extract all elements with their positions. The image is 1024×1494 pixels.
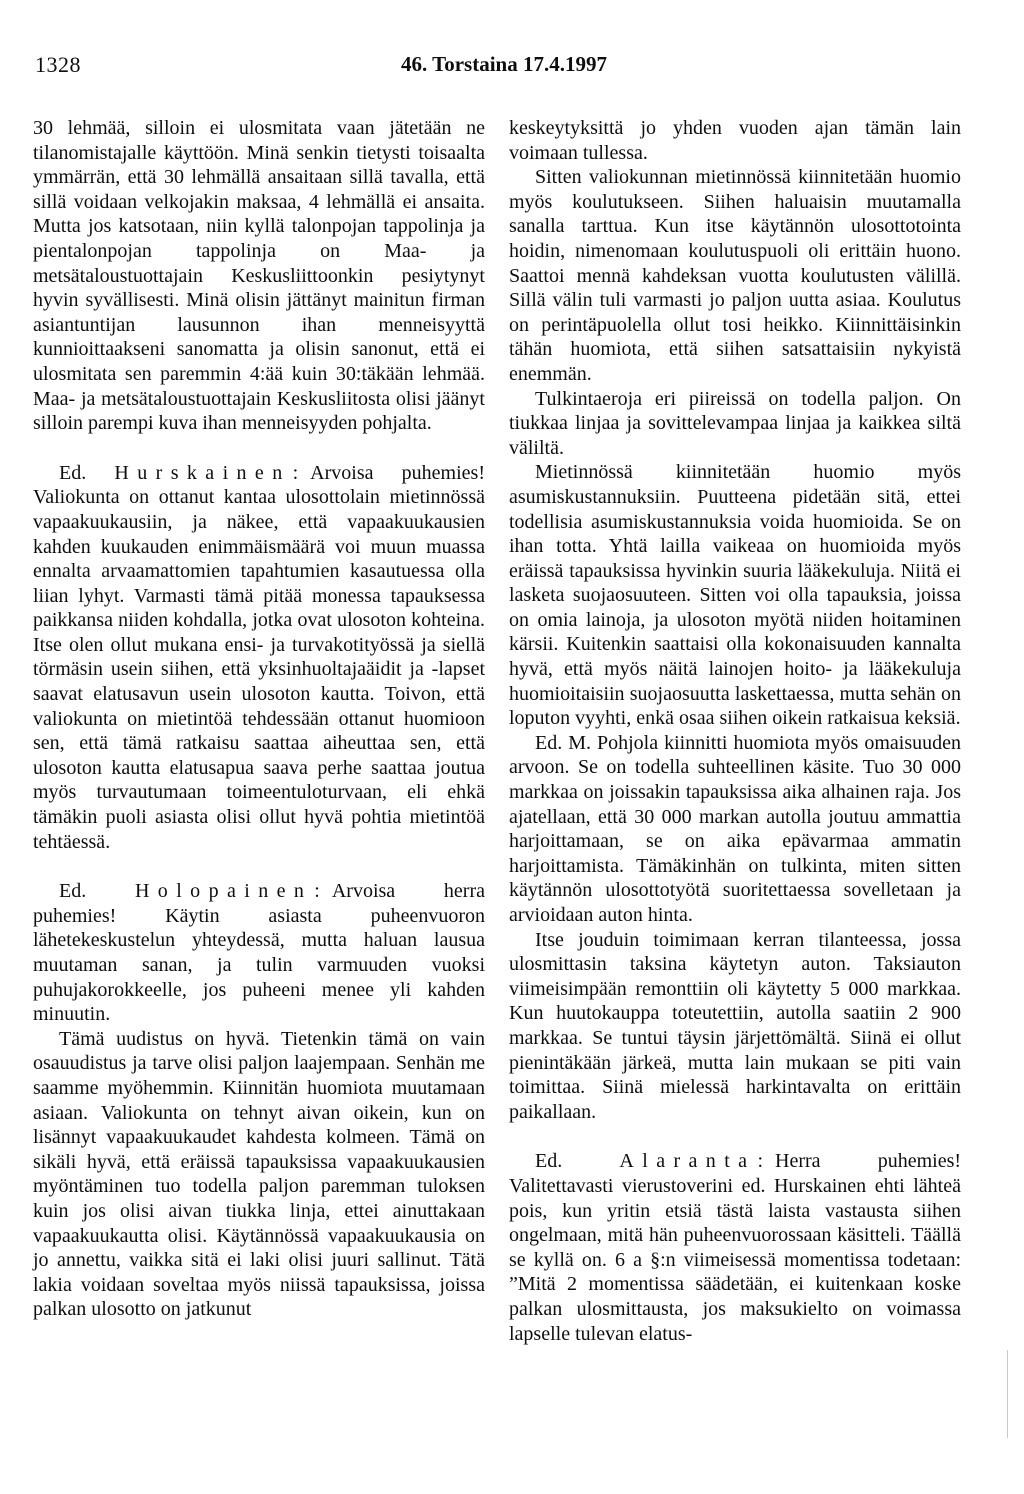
paragraph: Sitten valiokunnan mietinnössä kiinnitet… (509, 165, 961, 386)
paragraph-text: Sitten valiokunnan mietinnössä kiinnitet… (509, 166, 961, 385)
speaker-prefix: Ed. (59, 462, 86, 484)
speech-paragraph: Ed. Hurskainen:Arvoisa puhemies! Valioku… (33, 461, 485, 855)
paragraph-text: keskeytyksittä jo yhden vuoden ajan tämä… (509, 117, 961, 164)
speaker-colon: : (314, 880, 320, 902)
paragraph-text: Herra puhemies! Valitettavasti vierustov… (509, 1150, 961, 1344)
speaker-colon: : (293, 462, 299, 484)
paragraph: 30 lehmää, silloin ei ulosmitata vaan jä… (33, 116, 485, 436)
paragraph-text: Ed. M. Pohjola kiinnitti huomiota myös o… (509, 732, 961, 926)
speaker-name: Alaranta (619, 1150, 755, 1172)
paragraph-text: Mietinnössä kiinnitetään huomio myös asu… (509, 461, 961, 729)
speech-paragraph: Ed. Alaranta:Herra puhemies! Valitettava… (509, 1149, 961, 1346)
paragraph-text: Arvoisa puhemies! Valiokunta on ottanut … (33, 462, 485, 853)
paragraph-text: 30 lehmää, silloin ei ulosmitata vaan jä… (33, 117, 485, 434)
scan-artifact-line (1007, 1350, 1008, 1438)
column-left: 30 lehmää, silloin ei ulosmitata vaan jä… (33, 116, 485, 1322)
speaker-name: Hurskainen (114, 462, 290, 484)
paragraph-text: Itse jouduin toimimaan kerran tilanteess… (509, 929, 961, 1123)
paragraph: Mietinnössä kiinnitetään huomio myös asu… (509, 460, 961, 731)
speaker-name: Holopainen (135, 880, 312, 902)
paragraph: Ed. M. Pohjola kiinnitti huomiota myös o… (509, 731, 961, 928)
page-header: 1328 46. Torstaina 17.4.1997 (33, 52, 975, 82)
header-title: 46. Torstaina 17.4.1997 (33, 52, 975, 77)
speaker-prefix: Ed. (535, 1150, 562, 1172)
speech-paragraph: Ed. Holopainen:Arvoisa herra puhemies! K… (33, 879, 485, 1027)
paragraph: Tämä uudistus on hyvä. Tietenkin tämä on… (33, 1027, 485, 1322)
column-right: keskeytyksittä jo yhden vuoden ajan tämä… (509, 116, 961, 1346)
paragraph-text: Tulkintaeroja eri piireissä on todella p… (509, 388, 961, 459)
paragraph: Tulkintaeroja eri piireissä on todella p… (509, 387, 961, 461)
speaker-prefix: Ed. (59, 880, 86, 902)
speaker-colon: : (757, 1150, 763, 1172)
paragraph-text: Tämä uudistus on hyvä. Tietenkin tämä on… (33, 1028, 485, 1321)
paragraph: Itse jouduin toimimaan kerran tilanteess… (509, 928, 961, 1125)
paragraph: keskeytyksittä jo yhden vuoden ajan tämä… (509, 116, 961, 165)
text-columns: 30 lehmää, silloin ei ulosmitata vaan jä… (33, 116, 975, 1346)
document-page: 1328 46. Torstaina 17.4.1997 30 lehmää, … (0, 0, 1024, 1346)
